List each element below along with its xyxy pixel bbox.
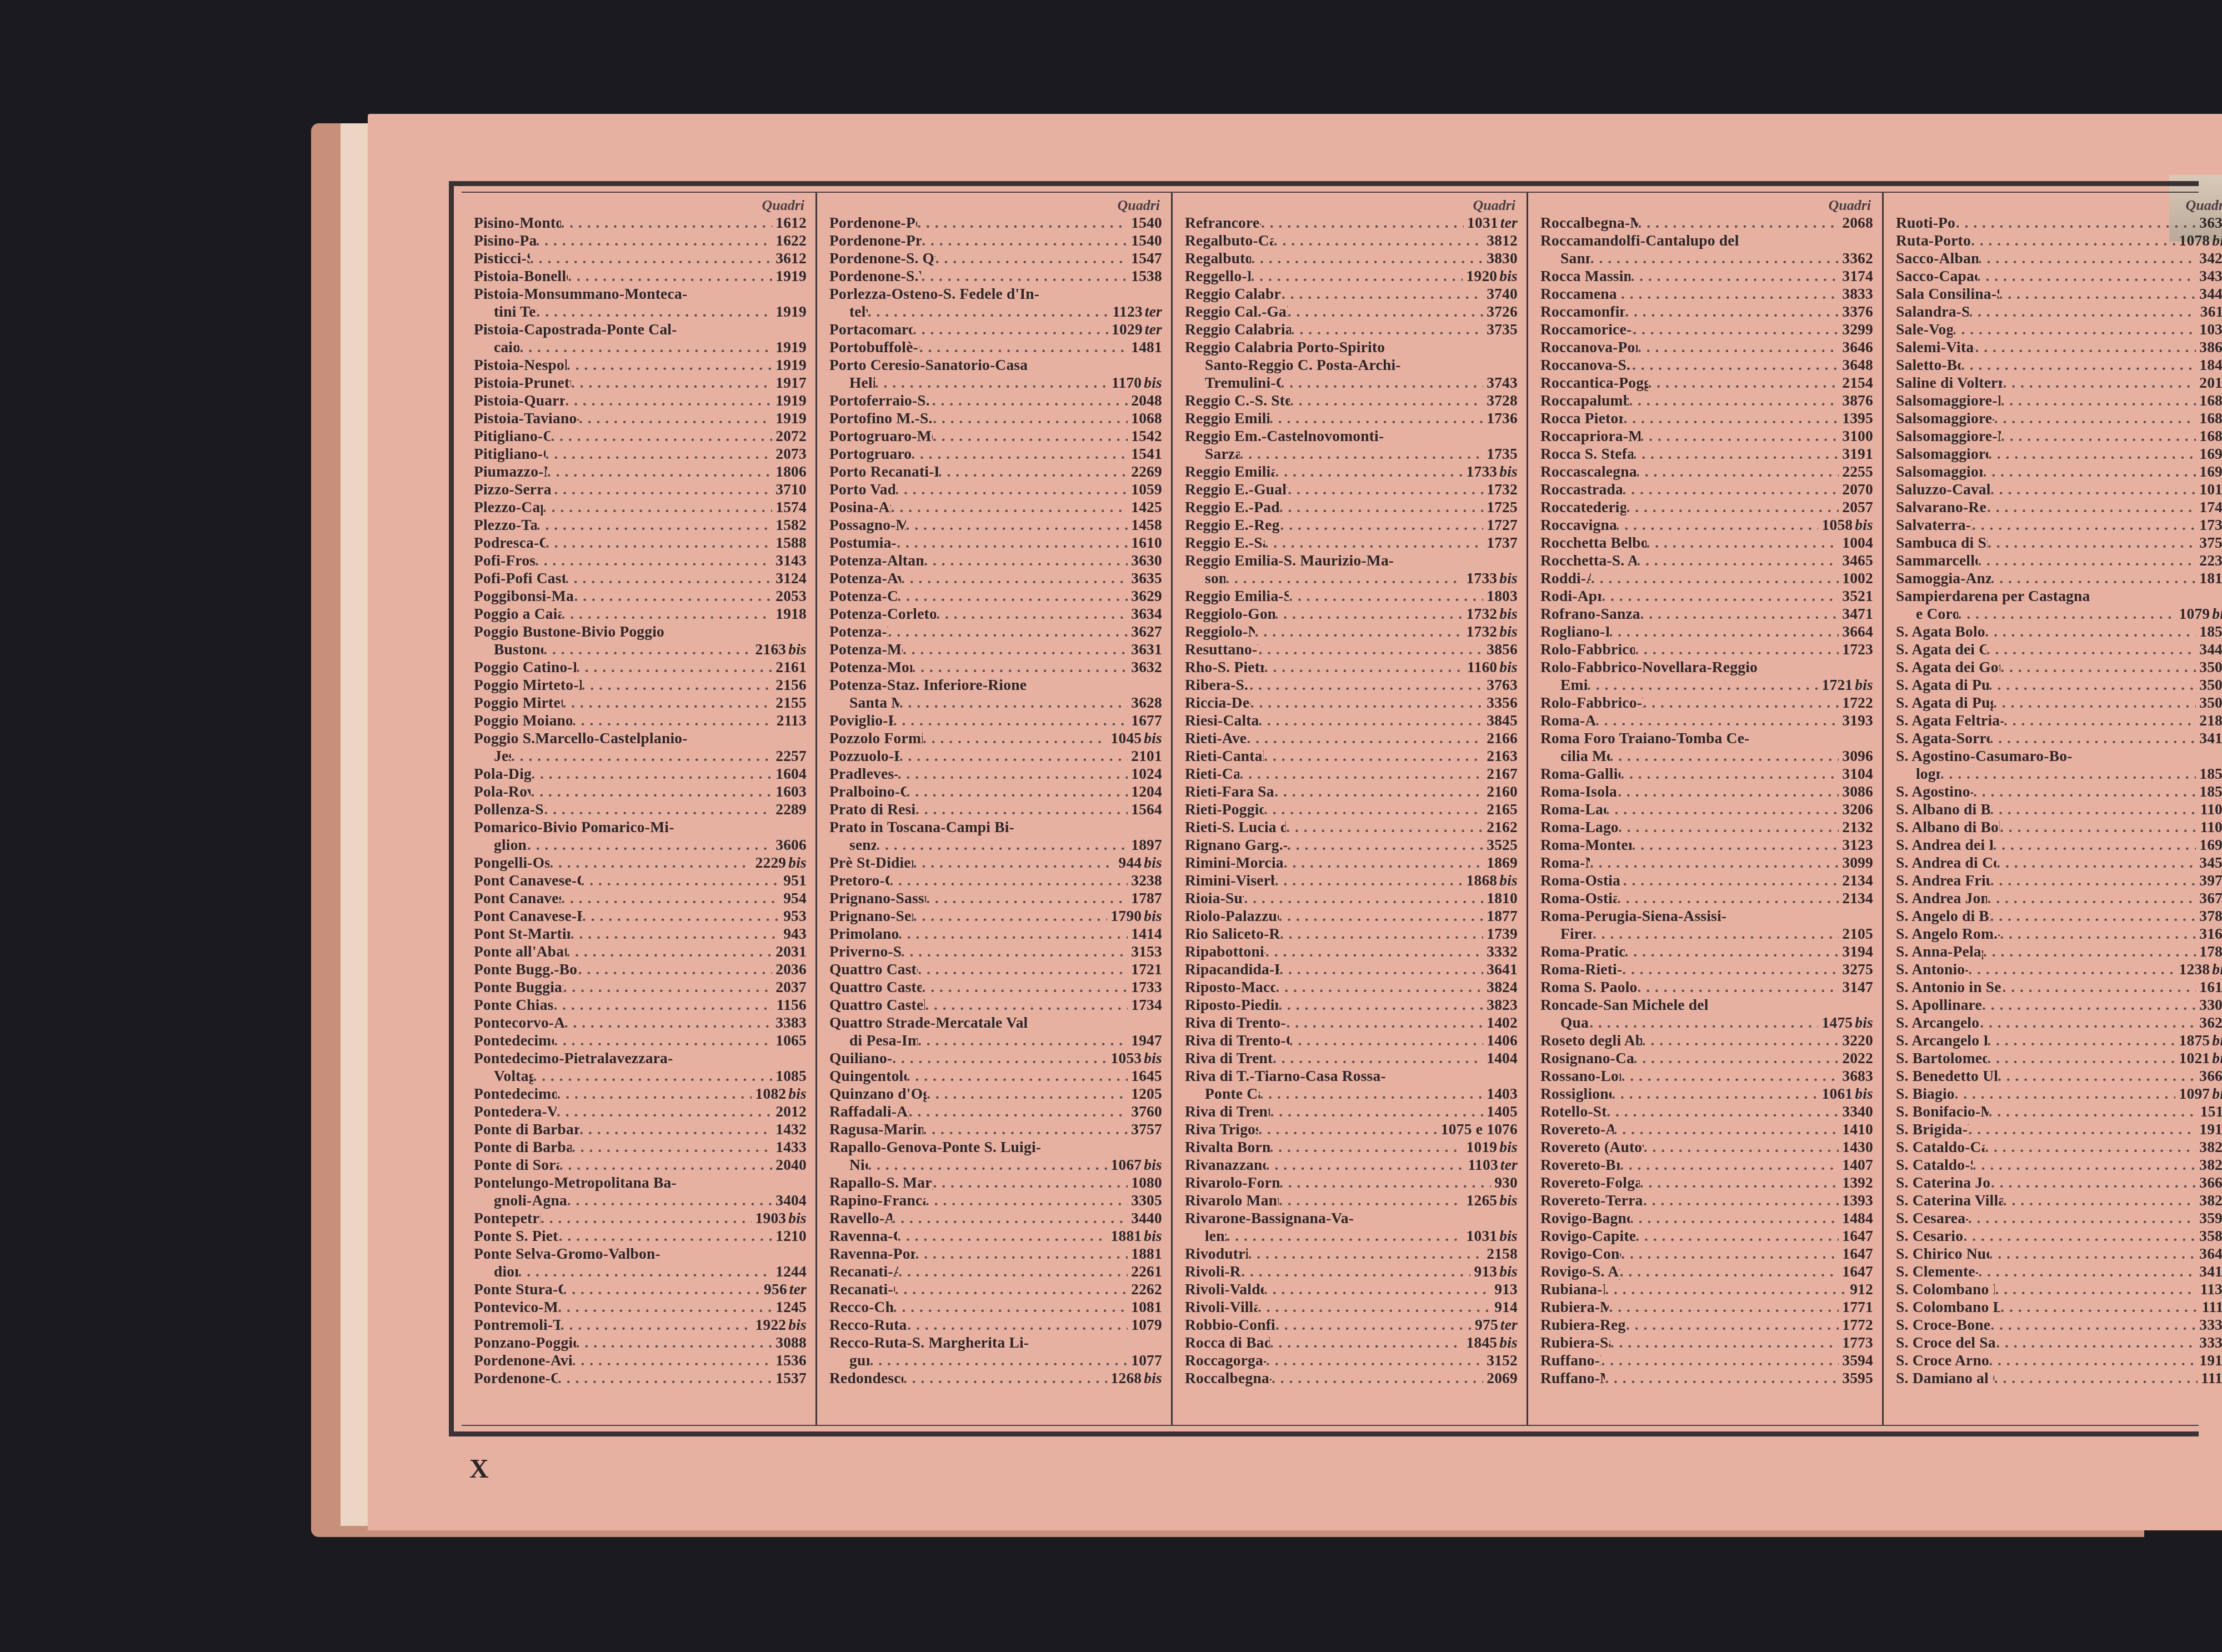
quadri-number: 1919 (772, 267, 807, 285)
route-name: Porlezza-Osteno-S. Fedele d'In- (829, 285, 1162, 303)
quadri-number: 1210 (772, 1227, 807, 1245)
index-entry: Rubiera-Reggio Emilia1772 (1540, 1316, 1873, 1334)
quadri-value: 2113 (777, 712, 807, 729)
quadri-number: 3193 (1839, 712, 1873, 729)
dot-leader (1958, 605, 2176, 623)
index-entry: Riva di Trento-Cascata Varone1406 (1185, 1032, 1518, 1049)
index-entry: Priverno-Stazione3153 (829, 943, 1162, 960)
quadri-value: 1537 (775, 1369, 807, 1386)
route-name: Poviglio-Parma (829, 712, 893, 729)
dot-leader (913, 907, 1108, 925)
dot-leader (543, 640, 752, 658)
quadri-number: 1736 (1483, 409, 1518, 427)
route-name: Sambuca di Sicilia-Menfi (1896, 534, 1988, 552)
quadri-number: 2269 (1128, 463, 1162, 480)
quadri-value: 1919 (775, 409, 807, 427)
dot-leader (1609, 623, 1839, 640)
route-name: Roccalbegna-Manciano (1185, 1369, 1272, 1387)
quadri-number: 951 (780, 872, 807, 889)
quadri-value: 2167 (1487, 765, 1518, 782)
quadri-number: 3630 (1128, 552, 1162, 569)
quadri-number: 1085 (772, 1067, 807, 1085)
dot-leader (1637, 552, 1839, 569)
index-entry: Rovereto-Brentonico1407 (1540, 1156, 1873, 1174)
index-entry: Ponte di Barbarano-Padova1433 (474, 1138, 807, 1156)
dot-leader (1994, 409, 2196, 427)
quadri-value: 1732 (1487, 480, 1518, 498)
dot-leader (559, 1156, 772, 1174)
index-entry: S. Croce Arno-S. Romano1913 (1896, 1351, 2222, 1369)
quadri-number: 3648 (1839, 356, 1873, 374)
dot-leader (925, 996, 1128, 1014)
route-name: Roma-Ostia Idroscalo (1540, 872, 1623, 889)
route-name: Pontedecimo-Busalla (474, 1032, 554, 1049)
index-entry: Potenza-Montemilone3632 (829, 658, 1162, 676)
index-entry: Reggio Calabria Porto-SpiritoSanto-Reggi… (1185, 338, 1518, 392)
dot-leader (1638, 214, 1839, 232)
index-entry: Rieti-Cantalice-Rieti2163 (1185, 747, 1518, 765)
quadri-number: 1695 (2196, 445, 2222, 463)
quadri-number: 1734 (1128, 996, 1162, 1014)
route-name: Rotello-Stazione (1540, 1103, 1607, 1120)
quadri-value: 1395 (1842, 409, 1873, 427)
quadri-number: 3856 (1483, 640, 1518, 658)
quadri-number: 3505 (2196, 676, 2222, 694)
index-entry: S. Angelo di Brolo-Piraino3780 (1896, 907, 2222, 925)
dot-leader (1969, 303, 2197, 321)
quadri-value: 2255 (1842, 463, 1873, 480)
quadri-value: 1077 (1131, 1351, 1162, 1369)
dot-leader (1993, 694, 2196, 712)
route-name-continued: Firenze (1560, 925, 1593, 943)
quadri-number: 3641 (1483, 960, 1518, 978)
route-name: Poggio a Caiano-Pistoia (474, 605, 562, 623)
page-marker: X (469, 1454, 489, 1484)
dot-leader (567, 356, 772, 374)
dot-leader (1622, 960, 1839, 978)
quadri-value: 1772 (1842, 1316, 1873, 1333)
route-name: Priverno-Stazione (829, 943, 901, 960)
dot-leader (567, 1192, 772, 1209)
dot-leader (1968, 960, 2175, 978)
quadri-number: 3595 (1839, 1369, 1873, 1387)
quadri-value: 1771 (1842, 1298, 1873, 1315)
route-name: Recanati-Ancona (829, 1263, 898, 1280)
route-name-continued: cilia Metella (1560, 747, 1610, 765)
route-name: Riva di Trento-Cascata Varone (1185, 1032, 1289, 1049)
route-name: S. Andrea dei Bagni-Parma (1896, 836, 1993, 854)
quadri-value: 1913 (2199, 1351, 2222, 1369)
route-name: Rapino-Francavilla a Mare (829, 1192, 925, 1209)
quadri-value: 3362 (1842, 249, 1873, 267)
quadri-number: 3152 (1483, 1351, 1518, 1369)
quadri-number: 930 (1491, 1174, 1518, 1192)
route-name: Rieti-S. Lucia di Fiamignano. (1185, 818, 1286, 836)
quadri-number: 1538 (1128, 267, 1162, 285)
quadri-value: 1737 (1487, 534, 1518, 551)
dot-leader (574, 587, 772, 605)
quadri-value: 1536 (775, 1351, 807, 1369)
quadri-value: 3636 (2199, 214, 2222, 231)
quadri-number: 1511 (2197, 1103, 2222, 1120)
quadri-value: 1430 (1842, 1138, 1873, 1155)
quadri-number: 1897 (1128, 836, 1162, 854)
index-entry: Poggio Mirteto-Stazione2155 (474, 694, 807, 712)
quadri-number: 2255 (1839, 463, 1873, 480)
quadri-number: 3664 (1839, 623, 1873, 640)
route-name-continued: glionico (494, 836, 527, 854)
route-name: Salandra-Stazione (1896, 303, 1969, 321)
quadri-number: 3726 (1483, 303, 1518, 321)
quadri-number: 1075 e 1076 (1438, 1120, 1518, 1138)
dot-leader (565, 569, 772, 587)
index-entry: Pisticci-Scalo3612 (474, 249, 807, 267)
route-name: Rovereto-Ala-Avio (1540, 1120, 1614, 1138)
route-name: Redondesco-Piadena (829, 1369, 903, 1387)
index-entry: Reggio Em.-Castelnovomonti-Sarzana1735 (1185, 427, 1518, 463)
column-header-quadri: Quadri (474, 197, 807, 214)
quadri-value: 1484 (1842, 1209, 1873, 1227)
index-entry: Pisino-Montona-Trieste1612 (474, 214, 807, 232)
dot-leader (1623, 872, 1839, 889)
dot-leader (893, 1298, 1128, 1316)
quadri-number: 1004 (1839, 534, 1873, 552)
quadri-number: 913 (1491, 1280, 1518, 1298)
index-entry: Reggio Cal.-Gallina-Valanidi .3726 (1185, 303, 1518, 321)
dot-leader (1644, 1138, 1839, 1156)
index-entry: Rubiana-Rivoli912 (1540, 1280, 1873, 1298)
dot-leader (1626, 1316, 1839, 1334)
quadri-value: 943 (783, 925, 807, 942)
quadri-value: 1582 (775, 516, 807, 533)
index-entry: S. Benedetto Ullano-Cosenza.3668 (1896, 1067, 2222, 1085)
route-name: Roma-Lago di Nemi (1540, 818, 1618, 836)
quadri-suffix: bis (1144, 1049, 1162, 1067)
quadri-value: 2072 (775, 427, 807, 444)
route-name: S. Croce-Bonefro-Stazione (1896, 1316, 1990, 1334)
dot-leader (1280, 925, 1483, 943)
route-name: Portogruaro-Motta di Livenza (829, 427, 933, 445)
dot-leader (923, 1120, 1128, 1138)
index-entry: Portobuffolè-Conegliano1481 (829, 338, 1162, 356)
dot-leader (1985, 623, 2196, 640)
index-entry: Rovigo-Bagnoli di Sopra1484 (1540, 1209, 1873, 1227)
dot-leader (1986, 640, 2196, 658)
index-entry: Poggio Moiano-Fara Sabina2113 (474, 712, 807, 729)
quadri-value: 1692 (2199, 463, 2222, 480)
dot-leader (1239, 765, 1483, 783)
dot-leader (1990, 480, 2196, 498)
quadri-value: 3743 (1487, 374, 1518, 391)
quadri-value: 3611 (2200, 303, 2222, 320)
quadri-number: 1406 (1483, 1032, 1518, 1049)
quadri-number: 2134 (1839, 872, 1873, 889)
quadri-suffix: ter (1500, 214, 1518, 231)
dot-leader (1989, 1103, 2197, 1120)
route-name: Pordenone-S.Vito al Tagl. (829, 267, 921, 285)
quadri-number: 3611 (2197, 303, 2222, 321)
index-entry: Roccatederighi-Ribolla2057 (1540, 498, 1873, 516)
index-entry: Reggio Emilia-S. Maurizio-Ma-sone.1733bi… (1185, 552, 1518, 587)
quadri-value: 1810 (1487, 889, 1518, 907)
route-name: Porto Recanati-Loreto-Macerata (829, 463, 938, 480)
route-name-continued: Santo-Reggio C. Posta-Archi- (1185, 356, 1518, 374)
quadri-number: 1810 (1483, 889, 1518, 907)
route-name: Rocca Massima-Stazione (1540, 267, 1630, 285)
route-name: Rovigo-Bagnoli di Sopra (1540, 1209, 1630, 1227)
index-entry: S. Cataldo-Caltanissetta3820 (1896, 1138, 2222, 1156)
quadri-value: 1082 (755, 1085, 786, 1102)
route-name: Quiliano-Savona (829, 1049, 892, 1067)
route-name-continued: lenza (1205, 1227, 1227, 1245)
index-entry: Ponte S. Pietro-Milano1210 (474, 1227, 807, 1245)
quadri-number: 3174 (1839, 267, 1873, 285)
quadri-value: 1647 (1842, 1245, 1873, 1262)
index-entry: Regalbuto-Catenanuova3812 (1185, 232, 1518, 249)
dot-leader (1264, 747, 1483, 765)
index-entry: Pizzo-Serra S. Bruno3710 (474, 480, 807, 498)
route-name: Reggio E.-Gualtieri-Reggiolo . (1185, 480, 1288, 498)
dot-leader (1630, 267, 1839, 285)
quadri-suffix: bis (1499, 1192, 1518, 1209)
quadri-number: 3679 (2196, 889, 2222, 907)
index-entry: S. Andrea di Conza-Contursi3453 (1896, 854, 2222, 872)
route-name: Potenza-Altamura-Matera (829, 552, 924, 569)
dot-leader (1961, 356, 2196, 374)
quadri-number: 2185 (2196, 712, 2222, 729)
route-name: Pistoia-Taviano-Bagni Porretta (474, 409, 579, 427)
route-name: Porto Ceresio-Sanatorio-Casa (829, 356, 1162, 374)
quadri-number: 1080 (1128, 1174, 1162, 1192)
route-name: Pretoro-Chieti (829, 872, 889, 889)
dot-leader (1274, 232, 1483, 249)
index-entry: Potenza-Corleto Pertic.-Spinoso3634 (829, 605, 1162, 623)
dot-leader (1279, 1192, 1463, 1209)
quadri-value: 1612 (775, 214, 807, 231)
quadri-value: 1138 (2200, 1280, 2222, 1298)
quadri-number: 1739 (1483, 925, 1518, 943)
quadri-number: 3427 (2196, 249, 2222, 267)
route-name: S. Croce Arno-S. Romano (1896, 1351, 1989, 1369)
route-name: Reggio E.-Regnano-Casina (1185, 516, 1280, 534)
route-name: Potenza-Moliterno (829, 640, 903, 658)
route-name: Portoferraio-S. Giov.-S. Mart. (829, 392, 932, 409)
dot-leader (1995, 1280, 2196, 1298)
index-entry: Pont Canavese-Locana954 (474, 889, 807, 907)
quadri-number: 3124 (772, 569, 807, 587)
route-name: Quingentole-Revere (829, 1067, 907, 1085)
quadri-value: 1404 (1487, 1049, 1518, 1067)
dot-leader (1601, 1351, 1839, 1369)
route-name: Pola-Dignano (474, 765, 531, 783)
quadri-number: 1845bis (1463, 1334, 1518, 1351)
quadri-number: 3356 (1483, 694, 1518, 712)
index-entry: Rovigo-Concadirame1647 (1540, 1245, 1873, 1263)
quadri-value: 3612 (775, 249, 807, 267)
index-entry: Ruta-Portofino Vetta1078bis (1896, 232, 2222, 249)
index-entry: Pordenone-Cordenons1537 (474, 1369, 807, 1387)
route-name: Rocca Pietore-Caprile (1540, 409, 1623, 427)
dot-leader (1963, 1227, 2196, 1245)
index-entry: Riposto-Macchia-S. Alfio3824 (1185, 978, 1518, 996)
route-name-continued: di Pesa-Impruneta (849, 1032, 918, 1049)
quadri-value: 1410 (1842, 1120, 1873, 1138)
quadri-value: 1731 (2199, 516, 2222, 533)
dot-leader (1632, 356, 1839, 374)
quadri-number: 2161 (772, 658, 807, 676)
route-name: S. Andrea Jonio-Stazione (1896, 889, 1987, 907)
quadri-number: 1917 (772, 374, 807, 392)
quadri-suffix: bis (1855, 1014, 1873, 1031)
route-name: Pisino-Parenzo (474, 232, 536, 249)
quadri-value: 2155 (775, 694, 807, 711)
quadri-number: 1787 (1128, 889, 1162, 907)
quadri-number: 2022 (1839, 1049, 1873, 1067)
quadri-value: 1079 (1131, 1316, 1162, 1333)
quadri-suffix: bis (1144, 374, 1162, 391)
quadri-value: 914 (1494, 1298, 1518, 1315)
dot-leader (1990, 729, 2196, 747)
quadri-suffix: bis (1499, 569, 1518, 587)
route-name-continued: e Coronata (1916, 605, 1958, 623)
dot-leader (899, 694, 1128, 712)
dot-leader (1270, 1103, 1483, 1120)
index-column-2: Quadri Pordenone-Portogruaro1540Pordenon… (817, 193, 1173, 1425)
quadri-value: 3780 (2199, 907, 2222, 924)
quadri-number: 1414 (1128, 925, 1162, 943)
dot-leader (519, 338, 772, 356)
quadri-value: 1733 (1466, 569, 1497, 587)
quadri-value: 2289 (775, 800, 807, 818)
quadri-suffix: bis (788, 1209, 807, 1227)
quadri-number: 1077 (1128, 1351, 1162, 1369)
quadri-number: 1844 (2196, 356, 2222, 374)
quadri-value: 2185 (2199, 712, 2222, 729)
index-entry: Salvaterra-Modena1731 (1896, 516, 2222, 534)
quadri-value: 3505 (2199, 676, 2222, 693)
route-name: Poggio Mirteto-B.Mompeo-Rieti (474, 676, 582, 694)
index-entry: Riva Trigoso-Chiavari .1075 e 1076 (1185, 1120, 1518, 1138)
route-name: Rio Saliceto-Reggio Emilia (1185, 925, 1280, 943)
dot-leader (1978, 1263, 2196, 1280)
dot-leader (1240, 445, 1484, 463)
route-name: Quattro Castella-Reggio E. (829, 996, 925, 1014)
quadri-value: 2261 (1131, 1263, 1162, 1280)
dot-leader (1637, 978, 1839, 996)
route-name: Portogruaro-Stazione (829, 445, 911, 463)
quadri-value: 1392 (1842, 1174, 1873, 1191)
dot-leader (922, 232, 1128, 249)
route-name-continued: Helios (849, 374, 875, 392)
index-entry: Riva di T.-Tiarno-Casa Rossa-Ponte Caffa… (1185, 1067, 1518, 1103)
quadri-number: 1919 (772, 409, 807, 427)
quadri-number: 1803 (1483, 587, 1518, 605)
route-name: S. Agata Feltria-Mercatino Mar. (1896, 712, 2004, 729)
quadri-value: 3646 (1842, 338, 1873, 356)
route-name: Rocchetta-S. Angelo Lomb. (1540, 552, 1637, 569)
dot-leader (1286, 818, 1483, 836)
quadri-suffix: ter (789, 1280, 807, 1298)
quadri-number: 3824 (1483, 978, 1518, 996)
dot-leader (1993, 836, 2196, 854)
route-name-continued: Bustone-Rieti (494, 640, 543, 658)
dot-leader (1275, 463, 1463, 480)
quadri-number: 2068 (1839, 214, 1873, 232)
dot-leader (572, 1138, 772, 1156)
dot-leader (560, 1316, 752, 1334)
route-name: Pofi-Frosinone (474, 552, 535, 569)
quadri-number: 2163 (1483, 747, 1518, 765)
route-name: Pistoia-Quarrata-Firenze (474, 392, 565, 409)
dot-leader (1633, 445, 1839, 463)
quadri-value: 1735 (1487, 445, 1518, 462)
dot-leader (1281, 374, 1484, 392)
dot-leader (913, 321, 1108, 338)
index-entry: Roma-Monterosi-Viterbo3123 (1540, 836, 1873, 854)
index-entry: Rovereto-Ala-Avio1410 (1540, 1120, 1873, 1138)
route-name: Rivoli-Rivalta (1185, 1263, 1241, 1280)
dot-leader (898, 1263, 1128, 1280)
quadri-value: 1732 (1466, 623, 1497, 640)
index-entry: Pordenone-Portogruaro1540 (829, 214, 1162, 232)
dot-leader (1969, 1120, 2196, 1138)
quadri-value: 2031 (775, 943, 807, 960)
index-entry: Quinzano d'Oglio-Cremona1205 (829, 1085, 1162, 1103)
quadri-number: 1604 (772, 765, 807, 783)
route-name: S. Cataldo-Stazione (1896, 1156, 1973, 1174)
index-entry: Rofrano-Sanza-Torre Orsaia3471 (1540, 605, 1873, 623)
index-entry: Ponte Chiasso-Como1156 (474, 996, 807, 1014)
route-name: Potenza-Corleto Pertic.-Spinoso (829, 605, 936, 623)
quadri-value: 3453 (2199, 854, 2222, 871)
quadri-value: 3086 (1842, 783, 1873, 800)
index-entry: S. Chirico Nuovo-Potenza3647 (1896, 1245, 2222, 1263)
index-entry: S. Antonio in Selva-Capodistria1613 (1896, 978, 2222, 996)
quadri-number: 1780 (2196, 943, 2222, 960)
route-name: Rubiera-Reggio Emilia (1540, 1316, 1626, 1334)
dot-leader (1274, 783, 1483, 800)
dot-leader (1275, 1316, 1472, 1334)
dot-leader (558, 1369, 772, 1387)
index-entry: Rimini-Morciano-Mondaino1869 (1185, 854, 1518, 872)
quadri-number: 3812 (1483, 232, 1518, 249)
route-name: Podresca-Cividale (474, 534, 546, 552)
index-entry: Quingentole-Revere1645 (829, 1067, 1162, 1085)
quadri-value: 1068 (1131, 409, 1162, 427)
quadri-number: 2070 (1839, 480, 1873, 498)
quadri-value: 1403 (1487, 1085, 1518, 1102)
route-name: Pontedecimo-S. Martino (474, 1085, 557, 1103)
dot-leader (1990, 1316, 2196, 1334)
quadri-number: 1138 (2197, 1280, 2222, 1298)
dot-leader (895, 480, 1128, 498)
quadri-number: 3865 (2196, 338, 2222, 356)
quadri-suffix: ter (1500, 1316, 1518, 1333)
quadri-suffix: bis (1499, 1138, 1518, 1155)
route-name: Ruta-Portofino Vetta (1896, 232, 1971, 249)
quadri-value: 3821 (2199, 1156, 2222, 1173)
dot-leader (1647, 534, 1839, 552)
quadri-number: 3623 (2196, 1014, 2222, 1032)
index-entry: Poggibonsi-Massa Marittima2053 (474, 587, 807, 605)
route-name: Portacomaro d'Asti-Asti (829, 321, 913, 338)
route-name-continued: Voltaggio (494, 1067, 533, 1085)
quadri-number: 2048 (1128, 392, 1162, 409)
quadri-number: 1204 (1128, 783, 1162, 800)
quadri-value: 1739 (1487, 925, 1518, 942)
route-name: Rolo-Fabbrico-Reggio Emilia. (1540, 694, 1643, 712)
index-entry: Rivoli-Villarbasse914 (1185, 1298, 1518, 1316)
